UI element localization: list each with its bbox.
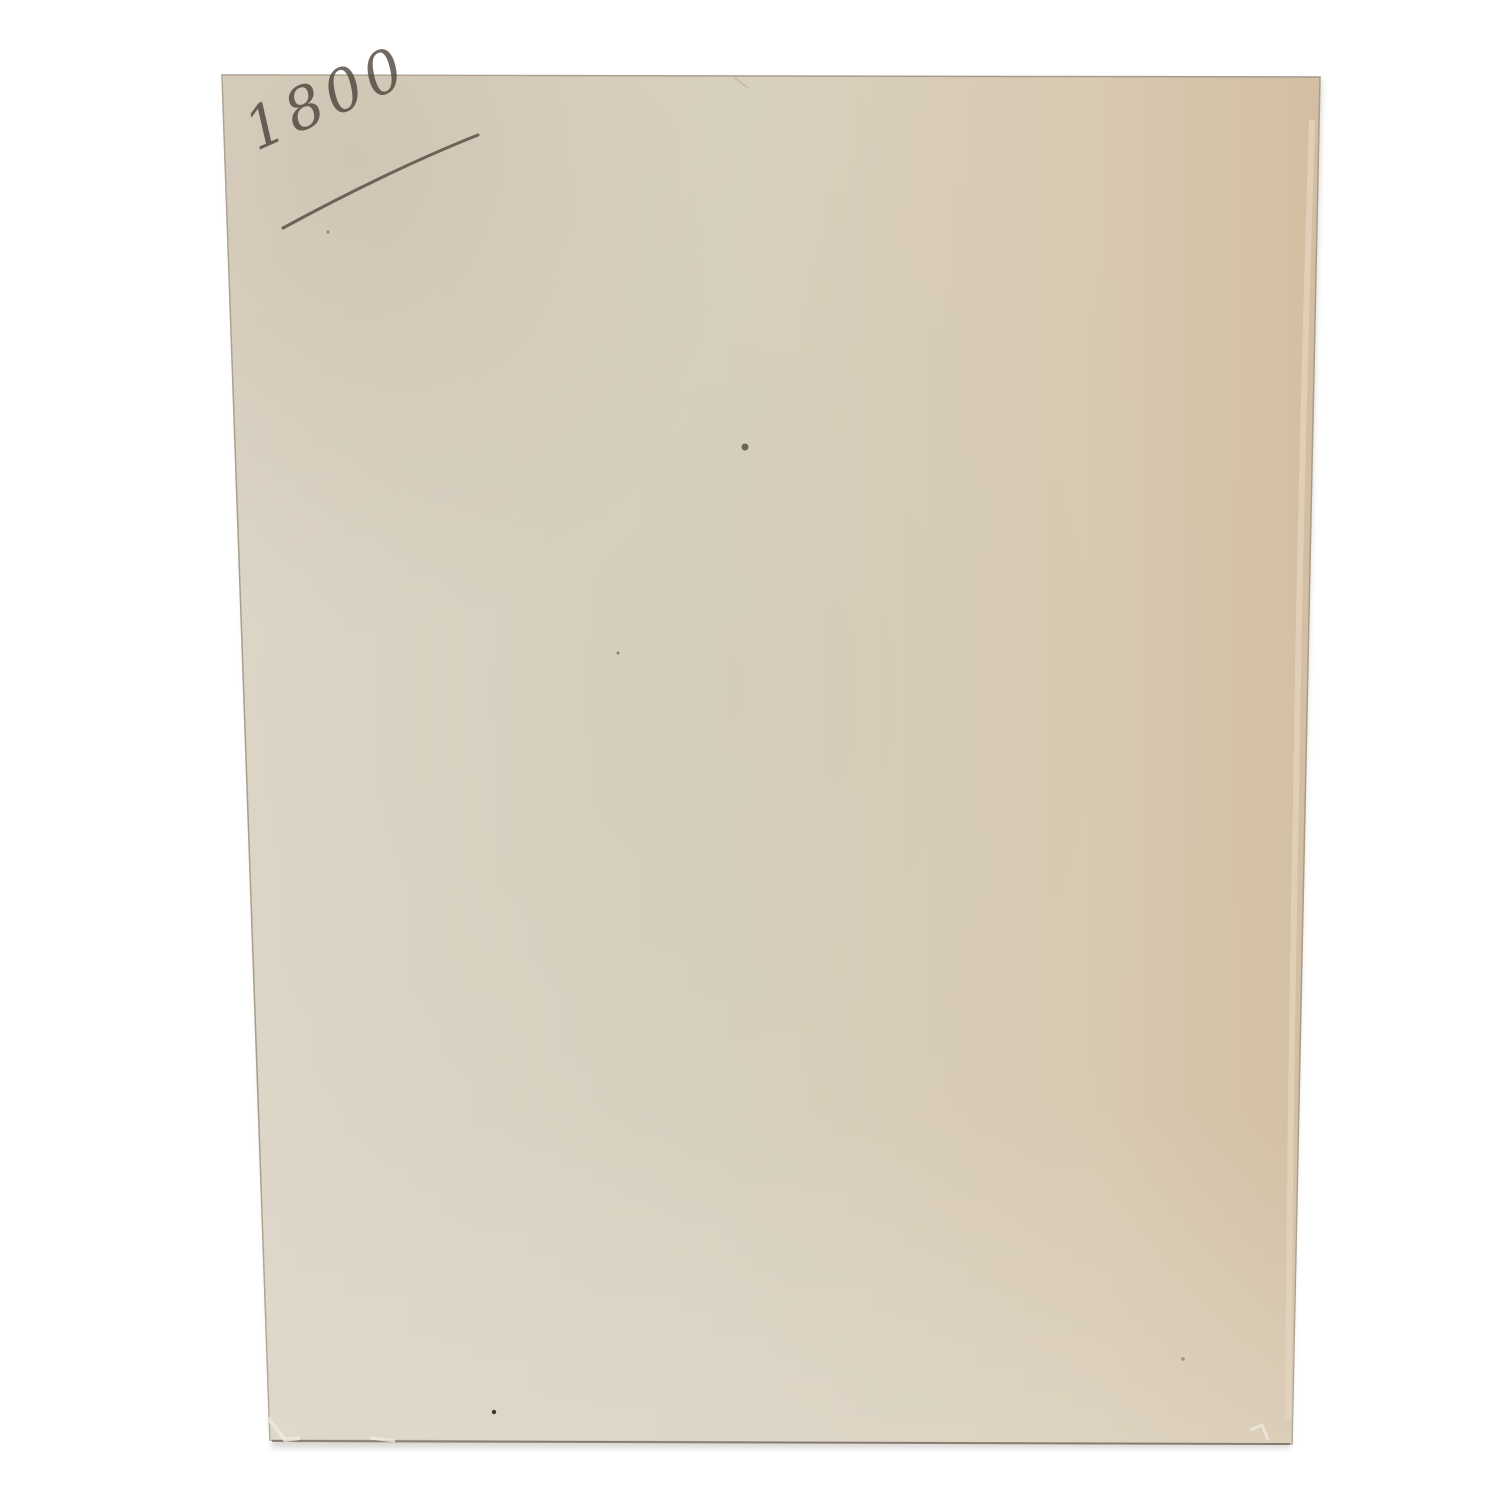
photo-stage: 1800	[0, 0, 1500, 1500]
speck	[742, 444, 749, 451]
paper-sheet	[0, 0, 1500, 1500]
